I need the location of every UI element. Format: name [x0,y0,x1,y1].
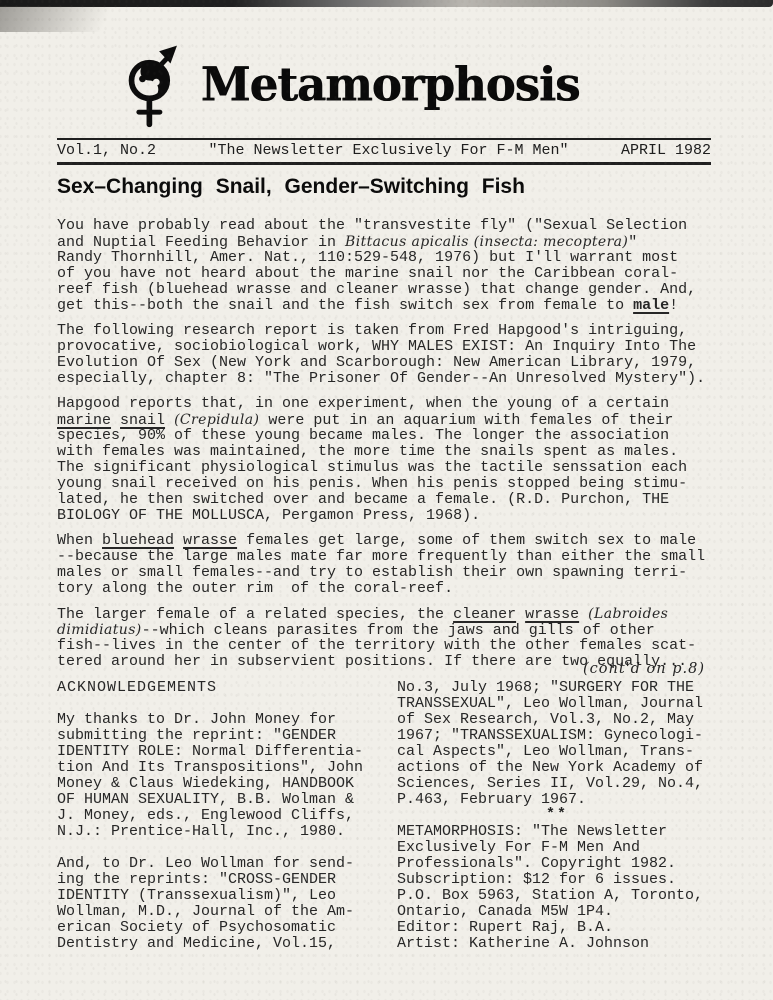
acknowledgements-paragraph: And, to Dr. Leo Wollman for send-ing the… [57,856,377,952]
article-paragraph: When bluehead wrasse females get large, … [57,533,719,597]
newsletter-title: Metamorphosis [180,57,600,112]
article-paragraph: Hapgood reports that, in one experiment,… [57,396,719,524]
citations-continued: No.3, July 1968; "SURGERY FOR THETRANSSE… [397,680,717,808]
article-headline: Sex–Changing Snail, Gender–Switching Fis… [57,175,525,199]
acknowledgements-column: ACKNOWLEDGEMENTS My thanks to Dr. John M… [57,680,377,952]
scan-artifact-corner-shadow [0,6,170,32]
issue-date: APRIL 1982 [621,142,711,159]
issue-info-bar: Vol.1, No.2 "The Newsletter Exclusively … [57,138,711,165]
continuation-note: (cont'd on p.8) [57,661,705,677]
issue-tagline: "The Newsletter Exclusively For F-M Men" [208,142,568,159]
blank-line [57,696,377,712]
article-paragraph: You have probably read about the "transv… [57,218,719,314]
blank-line [57,840,377,856]
asterisk-separator: ** [397,808,717,824]
scan-artifact-top-edge [0,0,773,7]
gender-symbol-logo-icon [112,44,190,130]
issue-volume: Vol.1, No.2 [57,142,156,159]
article-paragraph: The following research report is taken f… [57,323,719,387]
colophon-block: METAMORPHOSIS: "The NewsletterExclusivel… [397,824,717,952]
acknowledgements-paragraph: My thanks to Dr. John Money forsubmittin… [57,712,377,840]
newsletter-page: Metamorphosis Vol.1, No.2 "The Newslette… [0,0,773,1000]
citations-colophon-column: No.3, July 1968; "SURGERY FOR THETRANSSE… [397,680,717,952]
article-body: You have probably read about the "transv… [57,218,719,679]
acknowledgements-heading: ACKNOWLEDGEMENTS [57,680,377,696]
